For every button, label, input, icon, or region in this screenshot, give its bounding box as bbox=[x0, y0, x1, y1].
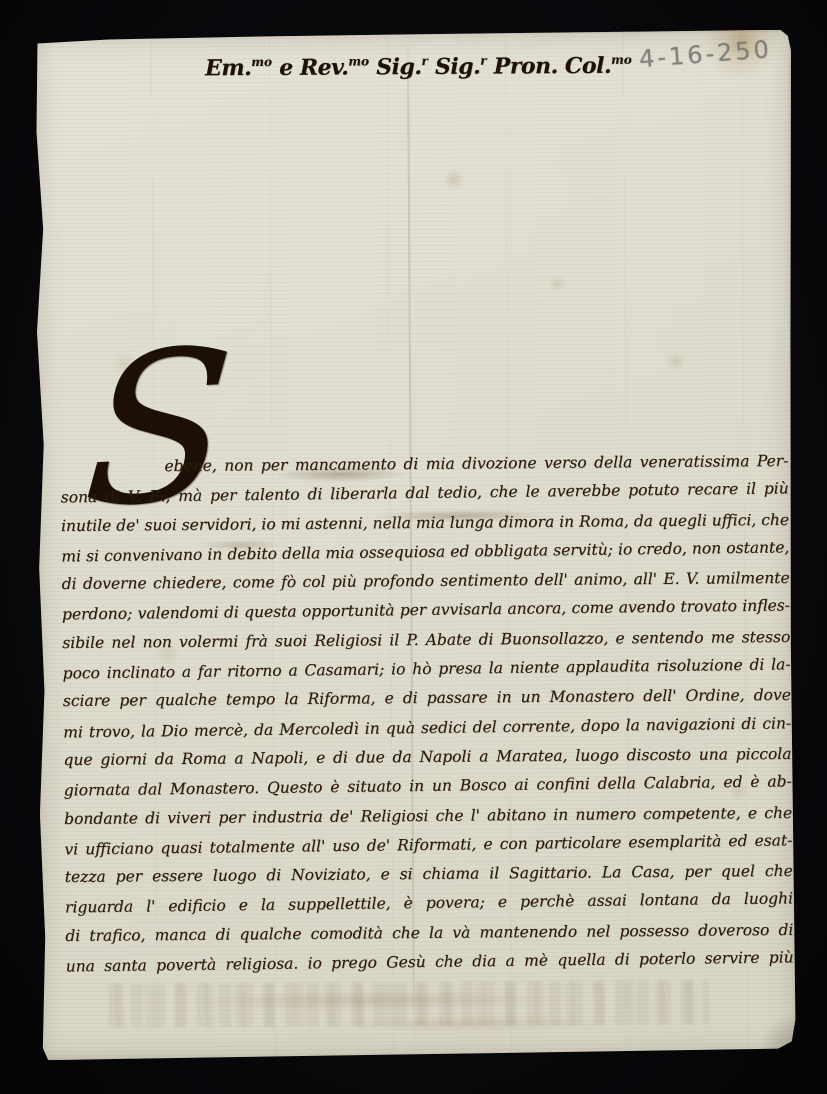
catalog-number: 4-16-250 bbox=[638, 35, 773, 73]
salutation-superscript: mo bbox=[348, 54, 369, 68]
salutation-superscript: mo bbox=[251, 55, 272, 69]
salutation-text: Sig. bbox=[428, 54, 481, 80]
salutation-superscript: mo bbox=[611, 53, 632, 67]
letter-body: ebene, non per mancamento di mia divozio… bbox=[60, 446, 793, 981]
salutation-text: Em. bbox=[205, 55, 251, 81]
salutation-text: Pron. Col. bbox=[487, 53, 612, 80]
photo-background: 4-16-250 Em.mo e Rev.mo Sig.r Sig.r Pron… bbox=[0, 0, 827, 1094]
salutation-text: Sig. bbox=[369, 54, 422, 80]
salutation-text: e Rev. bbox=[272, 54, 348, 80]
salutation-line: Em.mo e Rev.mo Sig.r Sig.r Pron. Col.mo bbox=[205, 53, 625, 82]
letter-paper: 4-16-250 Em.mo e Rev.mo Sig.r Sig.r Pron… bbox=[33, 30, 797, 1061]
ink-bleed-through bbox=[109, 980, 709, 1028]
